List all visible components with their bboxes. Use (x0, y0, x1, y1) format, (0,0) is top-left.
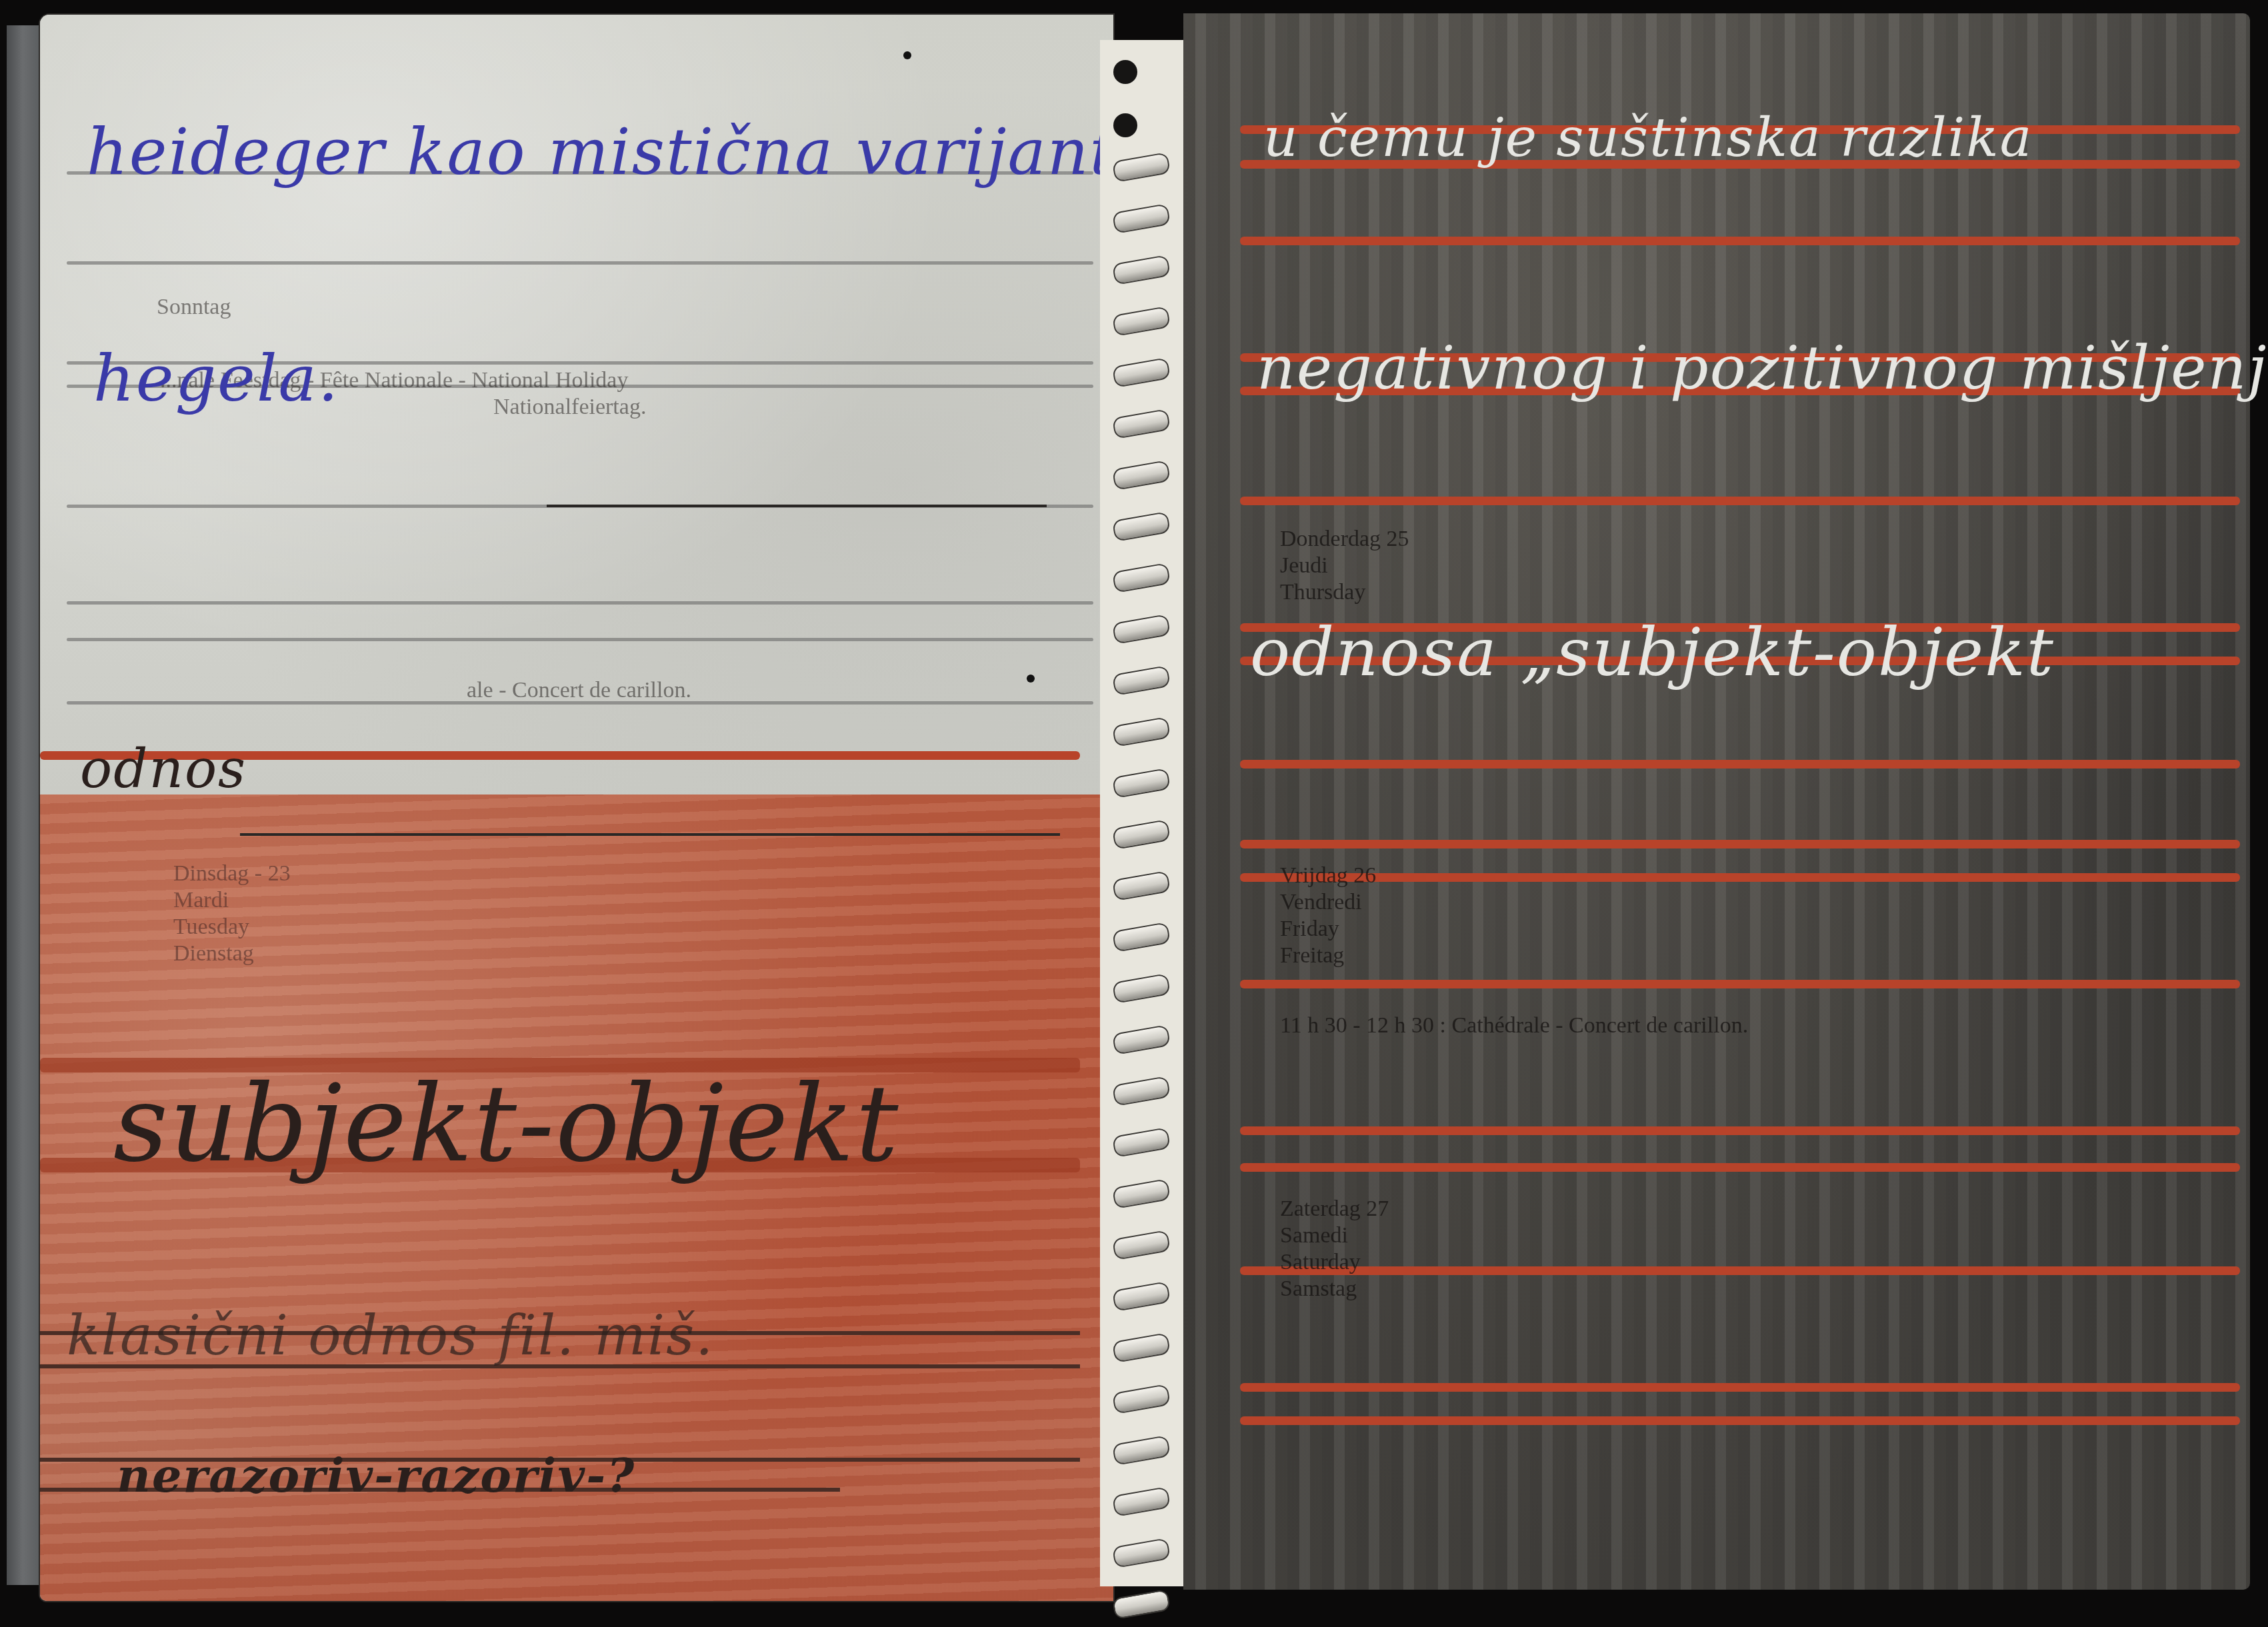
handwritten-line: u čemu je suštinska razlika (1263, 107, 2033, 169)
binding-hole (1113, 113, 1137, 137)
red-rule (1240, 873, 2240, 882)
red-rule (1240, 1416, 2240, 1425)
red-rule (1240, 1163, 2240, 1172)
ink-dot (903, 51, 911, 59)
printed-day-label: Donderdag 25 (1280, 527, 1409, 552)
red-rule (1240, 760, 2240, 769)
red-rule (1240, 1383, 2240, 1392)
handwritten-line: odnos (80, 738, 247, 800)
printed-day-label: Friday (1280, 916, 1339, 942)
red-rule (1240, 840, 2240, 848)
handwritten-line: nerazoriv-razoriv-? (117, 1448, 635, 1503)
handwritten-line: klasični odnos fil. miš. (67, 1304, 714, 1368)
printed-day-label: Tuesday (173, 914, 249, 940)
printed-concert-line: 11 h 30 - 12 h 30 : Cathédrale - Concert… (1280, 1013, 1748, 1038)
ink-dot (1027, 675, 1035, 683)
red-rule (1240, 237, 2240, 245)
handwritten-line: odnosa „subjekt-objekt (1250, 613, 2055, 691)
printed-day-label: Zaterdag 27 (1280, 1196, 1389, 1222)
printed-rule (240, 833, 1060, 836)
ruled-line (67, 261, 1093, 265)
handwritten-line: heideger kao mistična varijanta (87, 115, 1113, 189)
handwritten-line: hegela. (93, 341, 339, 416)
binding-hole (1113, 60, 1137, 84)
printed-day-label: Dinsdag - 23 (173, 861, 291, 886)
left-page: Sonntag ...nale Feestdag - Fête National… (40, 15, 1113, 1601)
printed-holiday-line: Nationalfeiertag. (493, 395, 646, 420)
printed-day-label: Sonntag (157, 295, 231, 320)
red-rule (1240, 1266, 2240, 1275)
ruled-line (67, 601, 1093, 605)
red-rule (1240, 1126, 2240, 1135)
handwritten-line: subjekt-objekt (113, 1061, 899, 1186)
printed-day-label: Freitag (1280, 943, 1344, 968)
ruled-line (67, 638, 1093, 641)
printed-day-label: Vendredi (1280, 890, 1362, 915)
printed-day-label: Saturday (1280, 1250, 1361, 1275)
printed-rule (547, 505, 1047, 507)
printed-day-label: Mardi (173, 888, 229, 913)
spiral-ring (1112, 1589, 1171, 1620)
printed-day-label: Vrijdag 26 (1280, 863, 1376, 888)
red-rule (1240, 980, 2240, 988)
printed-day-label: Thursday (1280, 580, 1365, 605)
red-rule (1240, 497, 2240, 505)
right-page: Donderdag 25 Jeudi Thursday Vrijdag 26 V… (1183, 13, 2250, 1590)
printed-day-label: Jeudi (1280, 553, 1328, 579)
printed-day-label: Samedi (1280, 1223, 1348, 1248)
handwritten-line: negativnog i pozitivnog mišljenja (1257, 333, 2268, 403)
printed-day-label: Dienstag (173, 941, 254, 966)
printed-day-label: Samstag (1280, 1276, 1357, 1302)
printed-concert-line: ale - Concert de carillon. (467, 678, 691, 703)
